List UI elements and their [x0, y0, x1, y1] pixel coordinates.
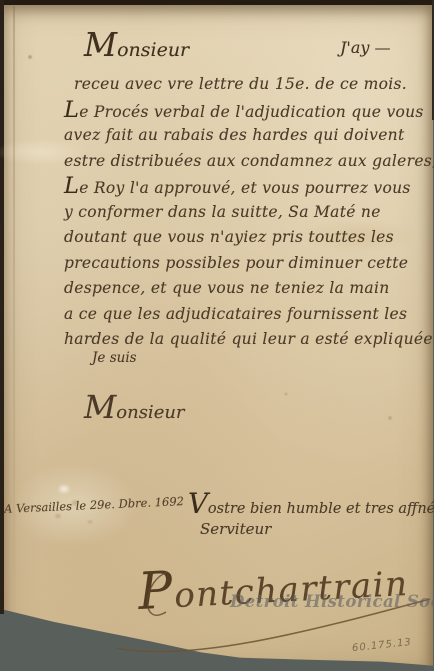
watermark-detroit-historical-society: Detroit Historical Society [230, 592, 434, 611]
body-line: despence, et que vous ne teniez la main [64, 276, 434, 302]
body-line: doutant que vous n'ayiez pris touttes le… [64, 225, 434, 251]
photo-left-edge [0, 0, 4, 614]
letter-body: receu avec vre lettre du 15e. de ce mois… [64, 72, 434, 353]
body-line: y conformer dans la suitte, Sa Maté ne [64, 200, 434, 226]
body-line: estre distribuées aux condamnez aux gale… [64, 149, 434, 175]
closing-phrase: Je suis [92, 350, 137, 366]
body-line: hardes de la qualité qui leur a esté exp… [64, 327, 434, 353]
closing-salutation: Monsieur [84, 390, 185, 426]
body-line: Le Procés verbal de l'adjudication que v… [64, 98, 434, 124]
body-line: receu avec vre lettre du 15e. de ce mois… [64, 72, 434, 98]
opening-phrase: J'ay — [340, 38, 390, 57]
body-line: avez fait au rabais des hardes qui doive… [64, 123, 434, 149]
paper-crease [13, 6, 15, 606]
salutation: Monsieur [84, 26, 189, 64]
photo-top-edge [0, 0, 434, 5]
body-line: precautions possibles pour diminuer cett… [64, 251, 434, 277]
body-line: a ce que les adjudicataires fournissent … [64, 302, 434, 328]
valediction-line2: Serviteur [200, 520, 271, 538]
body-line: Le Roy l'a approuvé, et vous pourrez vou… [64, 174, 434, 200]
valediction-line1: Vostre bien humble et tres affné [188, 488, 434, 520]
